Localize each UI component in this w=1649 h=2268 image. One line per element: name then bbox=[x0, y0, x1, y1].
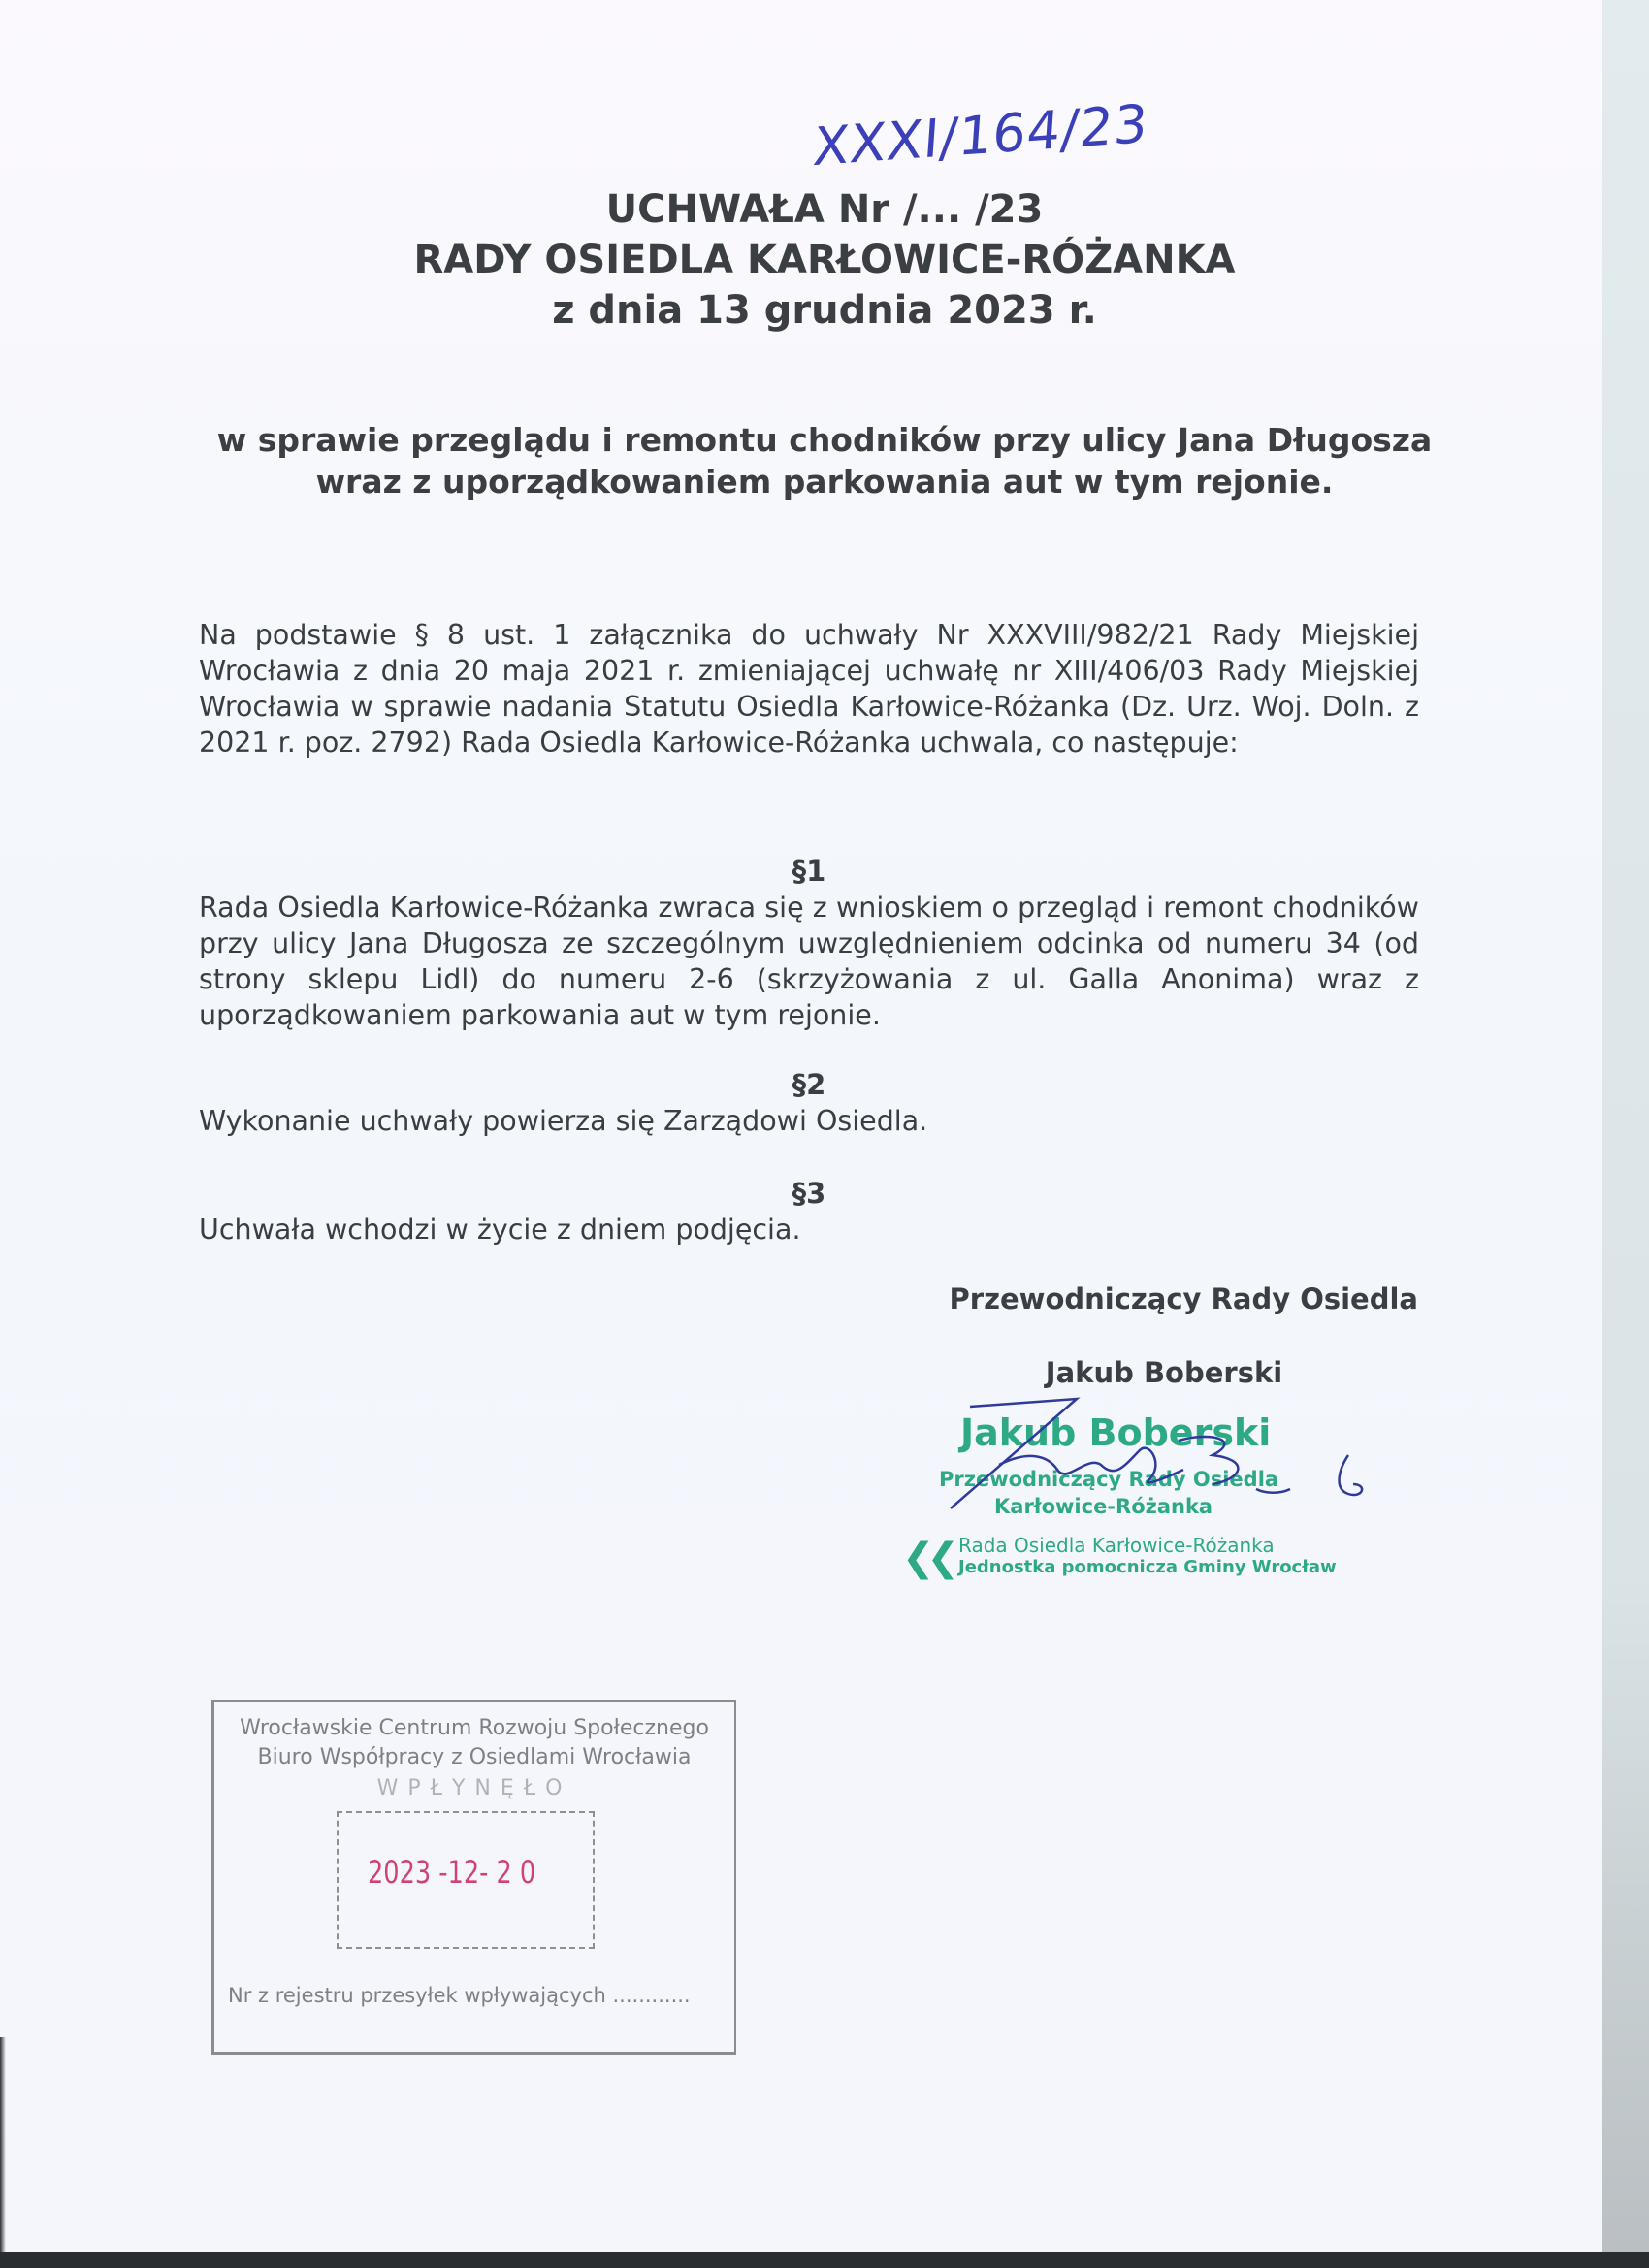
section-3-text: Uchwała wchodzi w życie z dniem podjęcia… bbox=[199, 1212, 1419, 1247]
resolution-subject: w sprawie przeglądu i remontu chodników … bbox=[213, 419, 1436, 502]
registration-stamp: Wrocławskie Centrum Rozwoju Społecznego … bbox=[211, 1700, 736, 2055]
signatory-role: Przewodniczący Rady Osiedla bbox=[873, 1282, 1418, 1315]
stamp-org-line-2: Jednostka pomocnicza Gminy Wrocław bbox=[958, 1557, 1337, 1577]
section-3-label: §3 bbox=[199, 1176, 1419, 1212]
council-logo-icon: ❮❮ bbox=[902, 1536, 952, 1580]
stamp-institution: Wrocławskie Centrum Rozwoju Społecznego bbox=[214, 1716, 734, 1740]
received-date: 2023 -12- 2 0 bbox=[368, 1854, 535, 1891]
scan-edge-shadow bbox=[0, 2037, 6, 2252]
signatory-name: Jakub Boberski bbox=[970, 1356, 1358, 1389]
scan-edge-bottom bbox=[0, 2252, 1649, 2268]
stamp-org-line-1: Rada Osiedla Karłowice-Różanka bbox=[958, 1534, 1275, 1557]
title-line-3: z dnia 13 grudnia 2023 r. bbox=[194, 285, 1455, 336]
stamp-received: WPŁYNĘŁO bbox=[214, 1776, 734, 1800]
register-number-label: Nr z rejestru przesyłek wpływających ...… bbox=[228, 1984, 691, 2007]
handwritten-signature bbox=[931, 1397, 1387, 1523]
stamp-date-box: 2023 -12- 2 0 bbox=[337, 1811, 595, 1949]
stamp-office: Biuro Współpracy z Osiedlami Wrocławia bbox=[214, 1745, 734, 1769]
title-line-1: UCHWAŁA Nr /... /23 bbox=[194, 184, 1455, 235]
section-1-label: §1 bbox=[199, 854, 1419, 890]
resolution-title: UCHWAŁA Nr /... /23 RADY OSIEDLA KARŁOWI… bbox=[194, 184, 1455, 336]
section-2-text: Wykonanie uchwały powierza się Zarządowi… bbox=[199, 1103, 1419, 1139]
section-1-text: Rada Osiedla Karłowice-Różanka zwraca si… bbox=[199, 890, 1419, 1033]
section-2-label: §2 bbox=[199, 1067, 1419, 1103]
title-line-2: RADY OSIEDLA KARŁOWICE-RÓŻANKA bbox=[194, 235, 1455, 285]
scan-edge-right bbox=[1602, 0, 1649, 2252]
preamble-paragraph: Na podstawie § 8 ust. 1 załącznika do uc… bbox=[199, 617, 1419, 761]
